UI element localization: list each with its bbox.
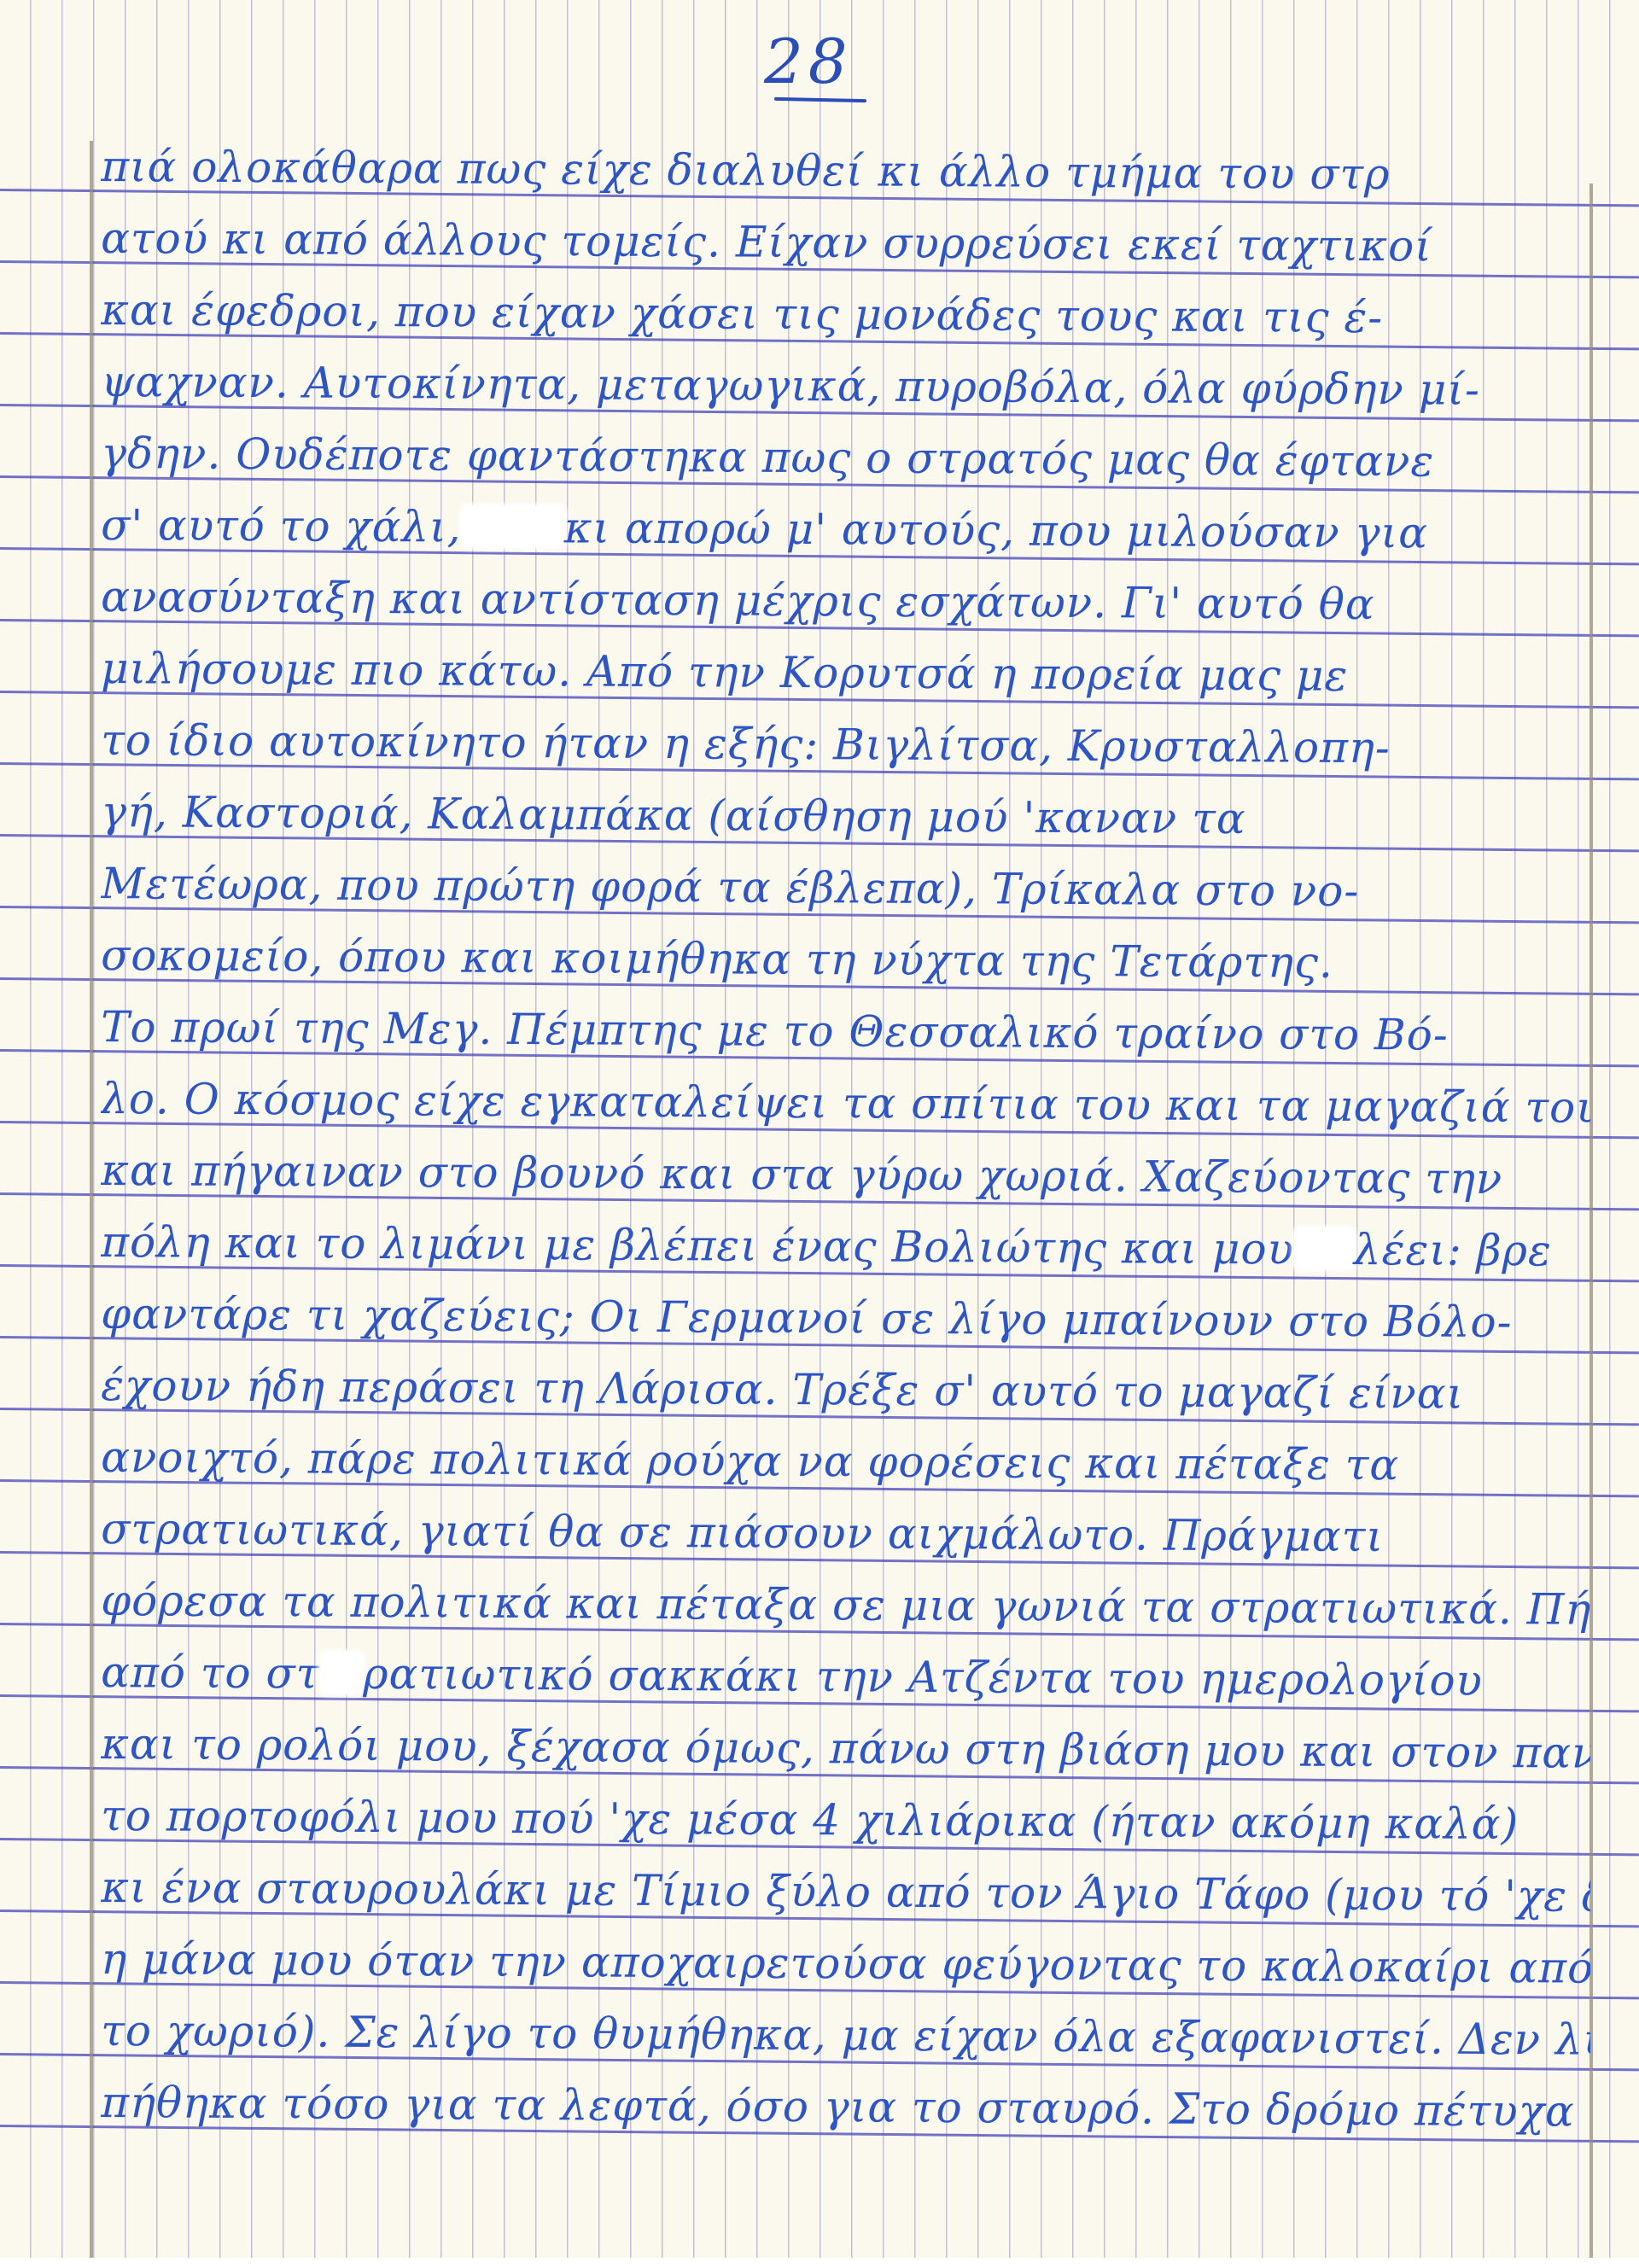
text-line: το ίδιο αυτοκίνητο ήταν η εξής: Βιγλίτσα…	[101, 714, 1590, 775]
scan-background	[0, 2258, 1639, 2268]
text-line: πιά ολοκάθαρα πως είχε διαλυθεί κι άλλο …	[101, 141, 1590, 201]
line-text: πόλη και το λιμάνι με βλέπει ένας Βολιώτ…	[101, 1217, 1294, 1274]
left-margin-line	[90, 141, 93, 2258]
text-line: κι ένα σταυρουλάκι με Τίμιο ξύλο από τον…	[101, 1862, 1590, 1922]
text-line: ατού κι από άλλους τομείς. Είχαν συρρεύσ…	[101, 213, 1590, 273]
line-text: ανασύνταξη και αντίσταση μέχρις εσχάτων.…	[101, 572, 1375, 629]
line-text: Μετέωρα, που πρώτη φορά τα έβλεπα), Τρίκ…	[101, 859, 1359, 916]
correction-fluid-patch	[320, 1653, 363, 1694]
correction-fluid-patch	[462, 506, 564, 548]
line-text: μιλήσουμε πιο κάτω. Από την Κορυτσά η πο…	[101, 644, 1349, 701]
line-text: λέει: βρε	[1354, 1225, 1552, 1275]
text-line: γδην. Ουδέποτε φαντάστηκα πως ο στρατός …	[101, 428, 1590, 488]
text-line: ψαχναν. Αυτοκίνητα, μεταγωγικά, πυροβόλα…	[101, 356, 1590, 417]
line-text: ρατιωτικό σακκάκι την Ατζέντα του ημερολ…	[363, 1649, 1483, 1705]
line-text: από το στ	[101, 1647, 320, 1699]
line-text: έχουν ήδη περάσει τη Λάρισα. Τρέξε σ' αυ…	[101, 1361, 1464, 1419]
line-text: ψαχναν. Αυτοκίνητα, μεταγωγικά, πυροβόλα…	[101, 357, 1480, 415]
text-line: Μετέωρα, που πρώτη φορά τα έβλεπα), Τρίκ…	[101, 858, 1590, 918]
line-text: και έφεδροι, που είχαν χάσει τις μονάδες…	[101, 285, 1383, 342]
text-line: γή, Καστοριά, Καλαμπάκα (αίσθηση μού 'κα…	[101, 786, 1590, 847]
line-text: κι ένα σταυρουλάκι με Τίμιο ξύλο από τον…	[101, 1863, 1590, 1922]
text-line: σ' αυτό το χάλι,κι απορώ μ' αυτούς, που …	[101, 499, 1590, 560]
text-line: έχουν ήδη περάσει τη Λάρισα. Τρέξε σ' αυ…	[101, 1360, 1590, 1420]
line-text: πήθηκα τόσο για τα λεφτά, όσο για το στα…	[101, 2078, 1575, 2137]
line-text: σοκομείο, όπου και κοιμήθηκα τη νύχτα τη…	[101, 930, 1333, 988]
line-text: το ίδιο αυτοκίνητο ήταν η εξής: Βιγλίτσα…	[101, 715, 1391, 773]
line-text: Το πρωί της Μεγ. Πέμπτης με το Θεσσαλικό…	[101, 1002, 1449, 1060]
line-text: το πορτοφόλι μου πού 'χε μέσα 4 χιλιάρικ…	[101, 1791, 1519, 1849]
line-text: στρατιωτικά, γιατί θα σε πιάσουν αιχμάλω…	[101, 1504, 1384, 1561]
line-text: κι απορώ μ' αυτούς, που μιλούσαν για	[563, 503, 1428, 557]
text-line: το χωριό). Σε λίγο το θυμήθηκα, μα είχαν…	[101, 2005, 1590, 2066]
manuscript-page: 28 πιά ολοκάθαρα πως είχε διαλυθεί κι άλ…	[0, 0, 1639, 2268]
text-line: από το στρατιωτικό σακκάκι την Ατζέντα τ…	[101, 1647, 1590, 1707]
text-line: λο. Ο κόσμος είχε εγκαταλείψει τα σπίτια…	[101, 1073, 1590, 1134]
text-line: σοκομείο, όπου και κοιμήθηκα τη νύχτα τη…	[101, 930, 1590, 990]
line-text: η μάνα μου όταν την αποχαιρετούσα φεύγον…	[101, 1934, 1590, 1993]
line-text: πιά ολοκάθαρα πως είχε διαλυθεί κι άλλο …	[101, 142, 1391, 199]
correction-fluid-patch	[1294, 1228, 1354, 1269]
line-text: γή, Καστοριά, Καλαμπάκα (αίσθηση μού 'κα…	[101, 787, 1246, 843]
line-text: σ' αυτό το χάλι,	[101, 500, 462, 552]
text-line: και πήγαιναν στο βουνό και στα γύρω χωρι…	[101, 1145, 1590, 1205]
text-line: πόλη και το λιμάνι με βλέπει ένας Βολιώτ…	[101, 1216, 1590, 1277]
text-line: το πορτοφόλι μου πού 'χε μέσα 4 χιλιάρικ…	[101, 1790, 1590, 1851]
line-text: φαντάρε τι χαζεύεις; Οι Γερμανοί σε λίγο…	[101, 1289, 1513, 1347]
line-text: γδην. Ουδέποτε φαντάστηκα πως ο στρατός …	[101, 429, 1434, 487]
text-line: φόρεσα τα πολιτικά και πέταξα σε μια γων…	[101, 1575, 1590, 1635]
page-number: 28	[764, 26, 853, 97]
line-text: φόρεσα τα πολιτικά και πέταξα σε μια γων…	[101, 1576, 1590, 1635]
text-line: Το πρωί της Μεγ. Πέμπτης με το Θεσσαλικό…	[101, 1001, 1590, 1062]
text-line: ανοιχτό, πάρε πολιτικά ρούχα να φορέσεις…	[101, 1431, 1590, 1492]
line-text: και το ρολόι μου, ξέχασα όμως, πάνω στη …	[101, 1719, 1590, 1778]
text-line: και το ρολόι μου, ξέχασα όμως, πάνω στη …	[101, 1718, 1590, 1779]
page-number-underline	[774, 97, 866, 102]
line-text: το χωριό). Σε λίγο το θυμήθηκα, μα είχαν…	[101, 2006, 1590, 2065]
line-text: ανοιχτό, πάρε πολιτικά ρούχα να φορέσεις…	[101, 1432, 1399, 1490]
line-text: λο. Ο κόσμος είχε εγκαταλείψει τα σπίτια…	[101, 1074, 1590, 1133]
line-text: ατού κι από άλλους τομείς. Είχαν συρρεύσ…	[101, 213, 1432, 271]
text-line: μιλήσουμε πιο κάτω. Από την Κορυτσά η πο…	[101, 643, 1590, 703]
line-text: και πήγαιναν στο βουνό και στα γύρω χωρι…	[101, 1146, 1502, 1204]
text-line: πήθηκα τόσο για τα λεφτά, όσο για το στα…	[101, 2077, 1590, 2137]
text-line: στρατιωτικά, γιατί θα σε πιάσουν αιχμάλω…	[101, 1503, 1590, 1564]
text-line: φαντάρε τι χαζεύεις; Οι Γερμανοί σε λίγο…	[101, 1288, 1590, 1349]
text-line: η μάνα μου όταν την αποχαιρετούσα φεύγον…	[101, 1933, 1590, 1994]
text-line: ανασύνταξη και αντίσταση μέχρις εσχάτων.…	[101, 571, 1590, 632]
text-line: και έφεδροι, που είχαν χάσει τις μονάδες…	[101, 284, 1590, 345]
